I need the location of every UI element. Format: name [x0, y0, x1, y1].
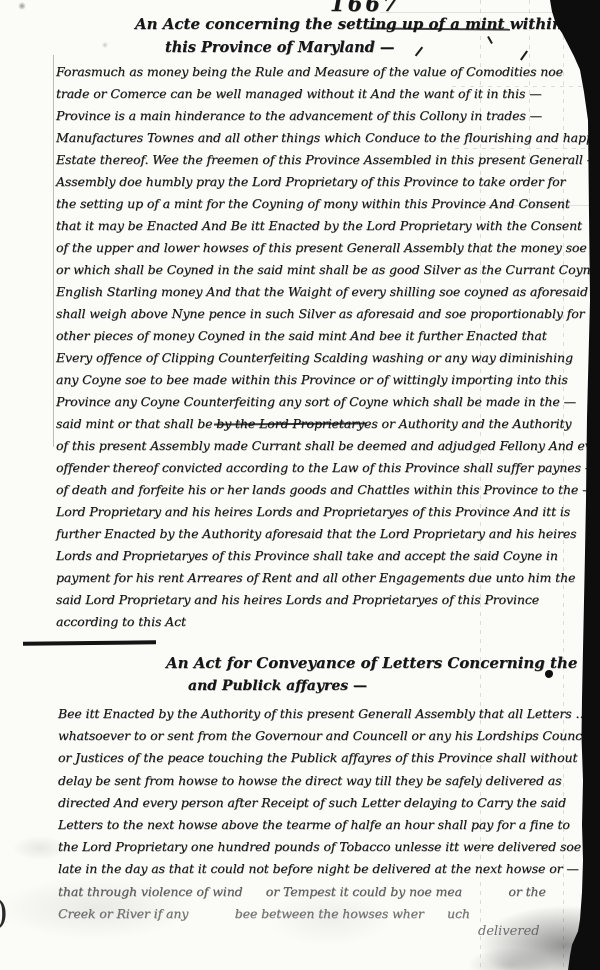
- manuscript-line: Province any Coyne Counterfeiting any so…: [56, 391, 600, 413]
- manuscript-line: Assembly doe humbly pray the Lord Propri…: [56, 171, 600, 193]
- manuscript-line: the setting up of a mint for the Coyning…: [56, 193, 600, 215]
- manuscript-line: any Coyne soe to bee made within this Pr…: [56, 369, 600, 391]
- manuscript-line: of this present Assembly made Currant sh…: [56, 435, 600, 457]
- manuscript-line: according to this Act: [56, 611, 600, 633]
- act2-title-line2: and Publick affayres —: [188, 678, 367, 694]
- manuscript-line: English Starling money And that the Waig…: [56, 281, 600, 303]
- manuscript-line: Lord Proprietary and his heires Lords an…: [56, 501, 600, 523]
- manuscript-line: further Enacted by the Authority aforesa…: [56, 523, 600, 545]
- corner-mark: ): [0, 893, 8, 933]
- trailing-word: delivered: [478, 924, 540, 939]
- manuscript-line: the Lord Proprietary one hundred pounds …: [58, 836, 600, 858]
- manuscript-line: said Lord Proprietary and his heires Lor…: [56, 589, 600, 611]
- section-divider: [23, 640, 156, 645]
- manuscript-line: offender thereof convicted according to …: [56, 457, 600, 479]
- manuscript-line: late in the day as that it could not bef…: [58, 858, 600, 880]
- manuscript-line: whatsoever to or sent from the Governour…: [58, 725, 600, 747]
- manuscript-line: other pieces of money Coyned in the said…: [56, 325, 600, 347]
- manuscript-line: or which shall be Coyned in the said min…: [56, 259, 600, 281]
- ink-mark: [520, 50, 528, 60]
- manuscript-line: Bee itt Enacted by the Authority of this…: [58, 703, 600, 725]
- manuscript-line: shall weigh above Nyne pence in such Sil…: [56, 303, 600, 325]
- manuscript-line: that it may be Enacted And Be itt Enacte…: [56, 215, 600, 237]
- manuscript-line: Lords and Proprietaryes of this Province…: [56, 545, 600, 567]
- manuscript-line: Creek or River if any bee between the ho…: [58, 903, 600, 925]
- margin-fold-line: [53, 55, 54, 447]
- act2-title-line1: An Act for Conveyance of Letters Concern…: [166, 654, 600, 672]
- manuscript-line: Forasmuch as money being the Rule and Me…: [56, 61, 600, 83]
- act1-title-line2: this Province of Maryland —: [165, 39, 394, 56]
- manuscript-line: Manufactures Townes and all other things…: [56, 127, 600, 149]
- manuscript-line: Estate thereof. Wee the freemen of this …: [56, 149, 600, 171]
- ink-mark: [487, 36, 493, 44]
- manuscript-line: or Justices of the peace touching the Pu…: [58, 747, 600, 769]
- manuscript-line: Every offence of Clipping Counterfeiting…: [56, 347, 600, 369]
- ink-mark: [415, 47, 423, 57]
- manuscript-line: payment for his rent Arreares of Rent an…: [56, 567, 600, 589]
- manuscript-line: Letters to the next howse above the tear…: [58, 814, 600, 836]
- manuscript-line: directed And every person after Receipt …: [58, 792, 600, 814]
- manuscript-line: trade or Comerce can be well managed wit…: [56, 83, 600, 105]
- manuscript-line: Province is a main hinderance to the adv…: [56, 105, 600, 127]
- manuscript-page: 1667 An Acte concerning the setting up o…: [0, 0, 600, 970]
- year-heading: 1667: [330, 0, 400, 16]
- act1-body: Forasmuch as money being the Rule and Me…: [56, 61, 600, 633]
- manuscript-line: delay be sent from howse to howse the di…: [58, 770, 600, 792]
- ink-blot: [545, 670, 553, 678]
- manuscript-line: that through violence of wind or Tempest…: [58, 881, 600, 903]
- manuscript-line: of the upper and lower howses of this pr…: [56, 237, 600, 259]
- manuscript-line: of death and forfeite his or her lands g…: [56, 479, 600, 501]
- act2-body: Bee itt Enacted by the Authority of this…: [58, 703, 600, 925]
